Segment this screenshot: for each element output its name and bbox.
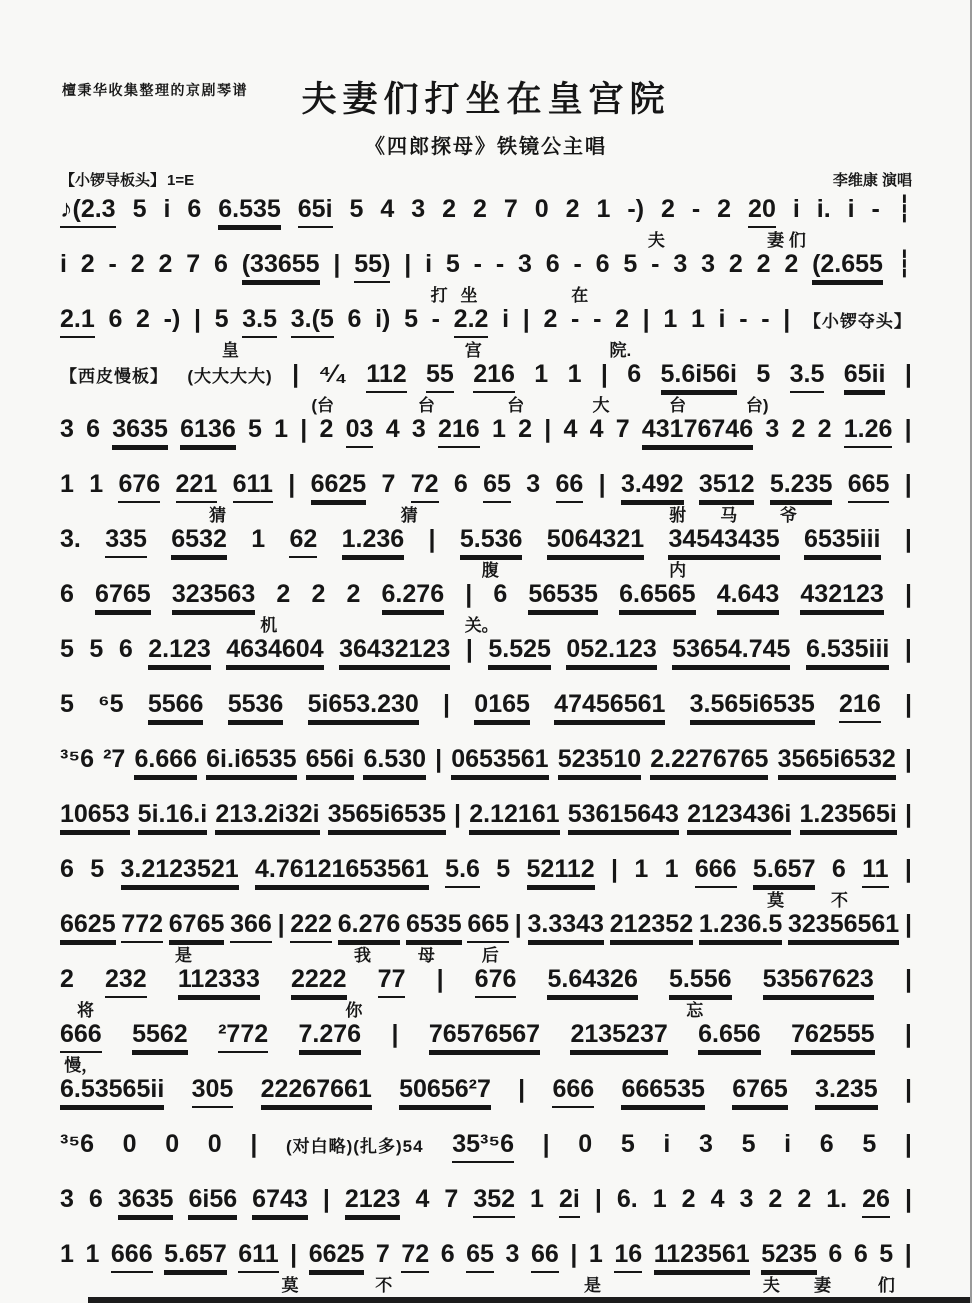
notation-token: 2135237 xyxy=(570,1019,667,1052)
notation-token: 5 xyxy=(215,304,229,334)
lyric-syllable: 台 xyxy=(418,391,435,416)
notation-token: 3 xyxy=(765,414,779,444)
notation-token: 5 xyxy=(350,194,364,224)
notation-token: 5 xyxy=(862,1129,876,1159)
notation-token: 3.5 xyxy=(242,304,277,338)
lyric-syllable: 坐 xyxy=(460,281,477,306)
barline: | xyxy=(515,909,522,939)
notation-token: 7 xyxy=(504,194,518,224)
notation-token: 2.2276765 xyxy=(650,744,768,777)
notation-token: 3.5 xyxy=(790,359,825,393)
barline: | xyxy=(466,634,473,664)
notation-token: 3.2123521 xyxy=(121,854,239,887)
notation-token: 72 xyxy=(401,1239,429,1273)
notation-token: 335 xyxy=(105,524,147,558)
barline: | xyxy=(523,304,530,334)
notation-token: 212352 xyxy=(610,909,693,942)
notation-token: 052.123 xyxy=(566,634,656,667)
notation-token: 5 xyxy=(623,249,637,279)
notation-token: 3 xyxy=(518,249,532,279)
lyric-syllable: 猜 xyxy=(401,501,418,526)
score-line: 2.162-)|53.53.(56i)5-2.2i|2--2|11i--|【小锣… xyxy=(60,304,912,359)
notation-token: 6532 xyxy=(171,524,227,557)
notation-token: 5.657 xyxy=(164,1239,227,1272)
lyric-syllable: 台) xyxy=(746,391,769,416)
notation-token: 5 xyxy=(496,854,510,884)
barline: | xyxy=(333,249,340,279)
scan-bottom-edge-artifact xyxy=(88,1297,972,1303)
notation-token: 2 xyxy=(518,414,532,444)
barline: | xyxy=(905,359,912,389)
notation-token: 7 xyxy=(186,249,200,279)
barline: ┆ xyxy=(897,249,912,279)
notation-row: 11676221611|6625772665366|3.49235125.235… xyxy=(60,469,912,503)
notation-token: 5 xyxy=(756,359,770,389)
lyric-syllable: 不 xyxy=(375,1271,392,1296)
notation-token: 5.6 xyxy=(445,854,480,888)
notation-token: 666 xyxy=(60,1019,102,1053)
notation-token: 1 xyxy=(589,1239,603,1269)
notation-token: 35³⁵6 xyxy=(452,1129,514,1163)
lyric-syllable: 爷 xyxy=(780,501,797,526)
notation-token: - xyxy=(432,304,440,334)
lyric-row xyxy=(60,723,912,744)
notation-row: 667653235632226.276|6565356.65654.643432… xyxy=(60,579,912,613)
notation-token: 2 xyxy=(797,1184,811,1214)
notation-token: 6 xyxy=(454,469,468,499)
notation-token: 4.643 xyxy=(717,579,780,612)
key-signature: 1=E xyxy=(167,172,194,189)
score-line: 3.33565321621.236|5.53650643213454343565… xyxy=(60,524,912,579)
notation-token: 611 xyxy=(233,469,273,503)
notation-token: 【西皮慢板】 xyxy=(60,362,168,392)
lyric-syllable: 院. xyxy=(610,336,632,361)
notation-token: ⁶5 xyxy=(98,689,123,719)
lyric-syllable: 妻 xyxy=(814,1271,831,1296)
notation-token: 1 xyxy=(597,194,611,224)
notation-token: 2 xyxy=(729,249,743,279)
notation-token: 2.12161 xyxy=(469,799,559,832)
notation-token: 1.23565i xyxy=(800,799,897,832)
notation-token: 1 xyxy=(530,1184,544,1214)
notation-token: 6535iii xyxy=(804,524,880,557)
notation-token: 213.2i32i xyxy=(215,799,319,832)
notation-token: 6 xyxy=(60,579,74,609)
notation-token: 76576567 xyxy=(429,1019,540,1052)
notation-token: 2.123 xyxy=(148,634,211,667)
notation-token: (2.655 xyxy=(812,249,883,282)
notation-token: (33655 xyxy=(242,249,320,282)
lyric-syllable: 腹 xyxy=(482,556,499,581)
notation-token: 7 xyxy=(444,1184,458,1214)
score-body: ♪(2.35i66.53565i543227021-)2-220ii.i-┆夫妻… xyxy=(60,194,912,1294)
notation-token: 2222 xyxy=(291,964,347,997)
lyric-row xyxy=(60,668,912,689)
notation-token: 2 xyxy=(768,1184,782,1214)
notation-token: 2 xyxy=(615,304,629,334)
notation-token: 3 xyxy=(701,249,715,279)
notation-row: i2-2276(33655|55)|i5--36-65-33222(2.655┆ xyxy=(60,249,912,283)
notation-token: 6625 xyxy=(309,1239,365,1272)
notation-token: 5 xyxy=(89,634,103,664)
notation-token: 2 xyxy=(818,414,832,444)
notation-token: 52112 xyxy=(527,854,595,887)
barline: | xyxy=(194,304,201,334)
notation-token: 611 xyxy=(238,1239,278,1273)
barline: | xyxy=(570,1239,577,1269)
notation-token: 665 xyxy=(467,909,509,943)
notation-token: 6 xyxy=(187,194,201,224)
lyric-row xyxy=(60,1218,912,1239)
score-line: ³⁵6²76.6666i.i6535656i6.530|065356152351… xyxy=(60,744,912,799)
lyric-row: 是我母后 xyxy=(60,943,912,964)
notation-token: 2 xyxy=(81,249,95,279)
notation-token: 5.6i56i xyxy=(661,359,737,392)
score-line: ³⁵6000|(对白略)(扎多)5435³⁵6|05i35i65| xyxy=(60,1129,912,1184)
notation-token: 5 xyxy=(248,414,262,444)
notation-token: 6.535iii xyxy=(806,634,889,667)
notation-token: 3565i6532 xyxy=(778,744,896,777)
barline: | xyxy=(391,1019,398,1049)
notation-token: 3 xyxy=(740,1184,754,1214)
notation-token: 2 xyxy=(60,964,74,994)
notation-token: - xyxy=(651,249,659,279)
barline: | xyxy=(250,1129,257,1159)
barline: | xyxy=(601,359,608,389)
lyric-syllable: 台 xyxy=(507,391,524,416)
lyric-row: (台台台大台台) xyxy=(60,393,912,414)
barline: | xyxy=(300,414,307,444)
notation-token: 5 xyxy=(133,194,147,224)
notation-token: 1 xyxy=(85,1239,99,1269)
notation-token: 6743 xyxy=(252,1184,308,1217)
notation-token: 3.492 xyxy=(621,469,684,502)
notation-token: - xyxy=(496,249,504,279)
notation-token: 0 xyxy=(123,1129,137,1159)
notation-token: -) xyxy=(627,194,644,224)
notation-token: 10653 xyxy=(60,799,130,832)
notation-token: 2 xyxy=(442,194,456,224)
notation-token: 1 xyxy=(492,414,506,444)
notation-token: 5.235 xyxy=(770,469,833,502)
lyric-syllable: 机 xyxy=(260,611,277,636)
lyric-syllable: 你 xyxy=(345,996,362,1021)
notation-token: 2 xyxy=(346,579,360,609)
notation-token: (对白略)(扎多)54 xyxy=(286,1132,424,1162)
lyric-syllable: 皇 xyxy=(222,336,239,361)
collector-note: 檀秉华收集整理的京剧琴谱 xyxy=(62,80,248,100)
notation-token: 5 xyxy=(60,634,74,664)
notation-token: 5i.16.i xyxy=(138,799,208,832)
notation-token: 5.525 xyxy=(488,634,551,667)
lyric-row: 夫妻 们 xyxy=(60,228,912,249)
notation-token: 6 xyxy=(441,1239,455,1269)
lyric-row xyxy=(60,1108,912,1129)
notation-token: 5.657 xyxy=(753,854,816,887)
notation-row: 363635613651|2034321612|447431767463221.… xyxy=(60,414,912,448)
lyric-syllable: 们 xyxy=(878,1271,895,1296)
notation-token: 6 xyxy=(854,1239,868,1269)
notation-token: 53567623 xyxy=(763,964,874,997)
notation-token: 7 xyxy=(376,1239,390,1269)
notation-token: 53654.745 xyxy=(672,634,790,667)
barline: | xyxy=(443,689,450,719)
opening-marking: 【小锣导板头】1=E xyxy=(60,169,194,190)
barline: | xyxy=(429,524,436,554)
notation-token: 2.1 xyxy=(60,304,95,338)
barline: | xyxy=(595,1184,602,1214)
notation-token: 232 xyxy=(105,964,147,998)
notation-token: ³⁵6 xyxy=(60,744,94,774)
notation-token: 6 xyxy=(828,1239,842,1269)
notation-row: 2232112333222277|6765.643265.55653567623… xyxy=(60,964,912,998)
notation-token: 2 xyxy=(158,249,172,279)
barline: | xyxy=(599,469,606,499)
performer: 李维康 演唱 xyxy=(833,169,912,190)
notation-token: -) xyxy=(164,304,181,334)
barline: | xyxy=(905,579,912,609)
score-line: 5562.123463460436432123|5.525052.1235365… xyxy=(60,634,912,689)
notation-token: 3565i6535 xyxy=(328,799,446,832)
notation-token: 5 xyxy=(60,689,74,719)
notation-token: 20 xyxy=(748,194,776,228)
notation-token: 0165 xyxy=(474,689,530,722)
notation-token: 7 xyxy=(382,469,396,499)
notation-token: 216 xyxy=(473,359,515,393)
barline: | xyxy=(611,854,618,884)
notation-token: i. xyxy=(817,194,831,224)
notation-token: 5 xyxy=(621,1129,635,1159)
notation-token: 6 xyxy=(348,304,362,334)
notation-token: 43176746 xyxy=(642,414,753,447)
notation-row: ³⁵6000|(对白略)(扎多)5435³⁵6|05i35i65| xyxy=(60,1129,912,1163)
barline: | xyxy=(905,469,912,499)
notation-token: 366 xyxy=(230,909,272,943)
lyric-row: 将你忘 xyxy=(60,998,912,1019)
notation-token: 6.656 xyxy=(698,1019,761,1052)
score-line: 3636356i566743|21234735212i|6.1243221.26… xyxy=(60,1184,912,1239)
notation-token: 56535 xyxy=(528,579,598,612)
notation-token: 3512 xyxy=(699,469,755,502)
barline: | xyxy=(905,1184,912,1214)
notation-token: 4 xyxy=(386,414,400,444)
barline: | xyxy=(404,249,411,279)
notation-token: 5.64326 xyxy=(547,964,637,997)
notation-token: 62 xyxy=(289,524,317,558)
notation-row: 6665562²7727.276|7657656721352376.656762… xyxy=(60,1019,912,1053)
score-line: 6.53565ii3052226766150656²7|666666535676… xyxy=(60,1074,912,1129)
notation-token: 65 xyxy=(483,469,511,503)
notation-token: 5064321 xyxy=(547,524,644,557)
score-line: 11676221611|6625772665366|3.49235125.235… xyxy=(60,469,912,524)
notation-token: 6.530 xyxy=(363,744,426,777)
lyric-syllable: 慢， xyxy=(64,1051,98,1076)
notation-token: 16 xyxy=(614,1239,642,1273)
lyric-syllable: 夫 xyxy=(763,1271,780,1296)
notation-token: 66 xyxy=(531,1239,559,1273)
notation-token: 2 xyxy=(311,579,325,609)
notation-token: 3.(5 xyxy=(291,304,334,338)
lyric-row: 机关。 xyxy=(60,613,912,634)
notation-token: - xyxy=(571,304,579,334)
barline: | xyxy=(905,1239,912,1269)
notation-token: 4 xyxy=(563,414,577,444)
notation-token: 3 xyxy=(60,1184,74,1214)
notation-token: 1 xyxy=(665,854,679,884)
notation-token: 36432123 xyxy=(339,634,450,667)
notation-token: 77 xyxy=(378,964,406,998)
barline: | xyxy=(544,414,551,444)
notation-token: 1. xyxy=(826,1184,847,1214)
notation-row: 2.162-)|53.53.(56i)5-2.2i|2--2|11i--|【小锣… xyxy=(60,304,912,338)
notation-token: i xyxy=(163,194,170,224)
lyric-row xyxy=(60,1163,912,1184)
score-line: 653.21235214.761216535615.6552112|116665… xyxy=(60,854,912,909)
notation-token: i xyxy=(784,1129,791,1159)
notation-token: 55 xyxy=(426,359,454,393)
notation-token: 6625 xyxy=(60,909,116,942)
lyric-syllable: 母 xyxy=(418,941,435,966)
lyric-syllable: 不 xyxy=(831,886,848,911)
notation-token: 65 xyxy=(466,1239,494,1273)
notation-token: 2i xyxy=(559,1184,580,1218)
notation-token: 5 xyxy=(90,854,104,884)
notation-token: 6 xyxy=(493,579,507,609)
barline: | xyxy=(905,909,912,939)
score-line: i2-2276(33655|55)|i5--36-65-33222(2.655┆… xyxy=(60,249,912,304)
notation-token: 6 xyxy=(596,249,610,279)
barline: | xyxy=(435,744,442,774)
lyric-row: 慢， xyxy=(60,1053,912,1074)
notation-token: - xyxy=(761,304,769,334)
notation-token: 2 xyxy=(661,194,675,224)
notation-token: 305 xyxy=(192,1074,234,1108)
lyric-syllable: 莫 xyxy=(282,1271,299,1296)
notation-token: 65ii xyxy=(844,359,886,392)
lyric-row: 腹内 xyxy=(60,558,912,579)
barline: | xyxy=(465,579,472,609)
notation-token: 3 xyxy=(673,249,687,279)
notation-token: 6 xyxy=(546,249,560,279)
notation-token: 34543435 xyxy=(668,524,779,557)
notation-token: i xyxy=(663,1129,670,1159)
subtitle: 《四郎探母》铁镜公主唱 xyxy=(60,130,912,159)
notation-token: 4 xyxy=(380,194,394,224)
notation-token: 1 xyxy=(60,469,74,499)
barline: | xyxy=(643,304,650,334)
notation-token: 5 xyxy=(404,304,418,334)
notation-token: 1.236 xyxy=(342,524,405,557)
lyric-syllable: 打 xyxy=(431,281,448,306)
lyric-syllable: 大 xyxy=(593,391,610,416)
notation-token: 2 xyxy=(791,414,805,444)
notation-token: i xyxy=(502,304,509,334)
notation-token: ³⁵6 xyxy=(60,1129,94,1159)
notation-token: 6 xyxy=(832,854,846,884)
score-line: 106535i.16.i213.2i32i3565i6535|2.1216153… xyxy=(60,799,912,854)
notation-token: 3635 xyxy=(118,1184,174,1217)
notation-token: 2123436i xyxy=(687,799,791,832)
notation-token: 2 xyxy=(276,579,290,609)
barline: | xyxy=(905,854,912,884)
notation-token: 5566 xyxy=(148,689,204,722)
tempo-marking: 【小锣导板头】 xyxy=(60,172,165,189)
barline: | xyxy=(905,524,912,554)
barline: | xyxy=(905,414,912,444)
notation-token: 112 xyxy=(366,359,406,393)
barline: | xyxy=(454,799,461,829)
notation-token: 666 xyxy=(111,1239,153,1273)
notation-token: 0 xyxy=(165,1129,179,1159)
notation-token: i xyxy=(793,194,800,224)
notation-token: 4.76121653561 xyxy=(255,854,429,887)
notation-token: - xyxy=(573,249,581,279)
notation-token: 3. xyxy=(60,524,81,554)
notation-token: 2 xyxy=(473,194,487,224)
notation-token: 3.235 xyxy=(815,1074,878,1107)
score-line: 116665.657611|6625772665366|116112356152… xyxy=(60,1239,912,1294)
notation-token: 1.26 xyxy=(844,414,893,448)
notation-token: 5 xyxy=(879,1239,893,1269)
notation-token: 4634604 xyxy=(226,634,323,667)
notation-row: 5562.123463460436432123|5.525052.1235365… xyxy=(60,634,912,668)
notation-token: 65i xyxy=(298,194,333,228)
notation-token: 222 xyxy=(290,909,332,943)
notation-token: 1 xyxy=(534,359,548,389)
notation-token: 2 xyxy=(717,194,731,224)
barline: | xyxy=(905,634,912,664)
notation-token: ²7 xyxy=(103,744,125,774)
notation-token: 432123 xyxy=(800,579,883,612)
notation-token: 5536 xyxy=(228,689,284,722)
notation-token: 22267661 xyxy=(261,1074,372,1107)
notation-row: 5⁶5556655365i653.230|0165474565613.565i6… xyxy=(60,689,912,723)
barline: ┆ xyxy=(897,194,912,224)
notation-token: 6765 xyxy=(732,1074,788,1107)
notation-token: 4 xyxy=(590,414,604,444)
notation-token: 216 xyxy=(839,689,881,723)
lyric-syllable: 马 xyxy=(720,501,737,526)
notation-token: 11 xyxy=(862,854,888,888)
notation-token: 26 xyxy=(862,1184,890,1218)
notation-token: 6.666 xyxy=(134,744,197,777)
score-line: ♪(2.35i66.53565i543227021-)2-220ii.i-┆夫妻… xyxy=(60,194,912,249)
notation-row: ³⁵6²76.6666i.i6535656i6.530|065356152351… xyxy=(60,744,912,778)
barline: | xyxy=(905,1074,912,1104)
notation-token: 3.3343 xyxy=(528,909,604,942)
notation-row: 106535i.16.i213.2i32i3565i6535|2.1216153… xyxy=(60,799,912,833)
notation-token: 6136 xyxy=(180,414,236,447)
notation-token: (大大大大) xyxy=(187,362,272,392)
lyric-syllable: 我 xyxy=(354,941,371,966)
notation-token: 3 xyxy=(412,414,426,444)
notation-token: 6.276 xyxy=(382,579,445,612)
notation-token: 47456561 xyxy=(554,689,665,722)
notation-token: 3 xyxy=(526,469,540,499)
meta-row: 【小锣导板头】1=E 李维康 演唱 xyxy=(60,169,912,190)
notation-token: 53615643 xyxy=(568,799,679,832)
notation-token: i xyxy=(60,249,67,279)
notation-token: 1 xyxy=(634,854,648,884)
notation-token: - xyxy=(872,194,880,224)
score-line: 6665562²7727.276|7657656721352376.656762… xyxy=(60,1019,912,1074)
notation-token: 2 xyxy=(136,304,150,334)
barline: | xyxy=(518,1074,525,1104)
notation-token: 6535 xyxy=(406,909,462,942)
lyric-syllable: 将 xyxy=(77,996,94,1021)
barline: | xyxy=(288,469,295,499)
lyric-syllable: 内 xyxy=(669,556,686,581)
